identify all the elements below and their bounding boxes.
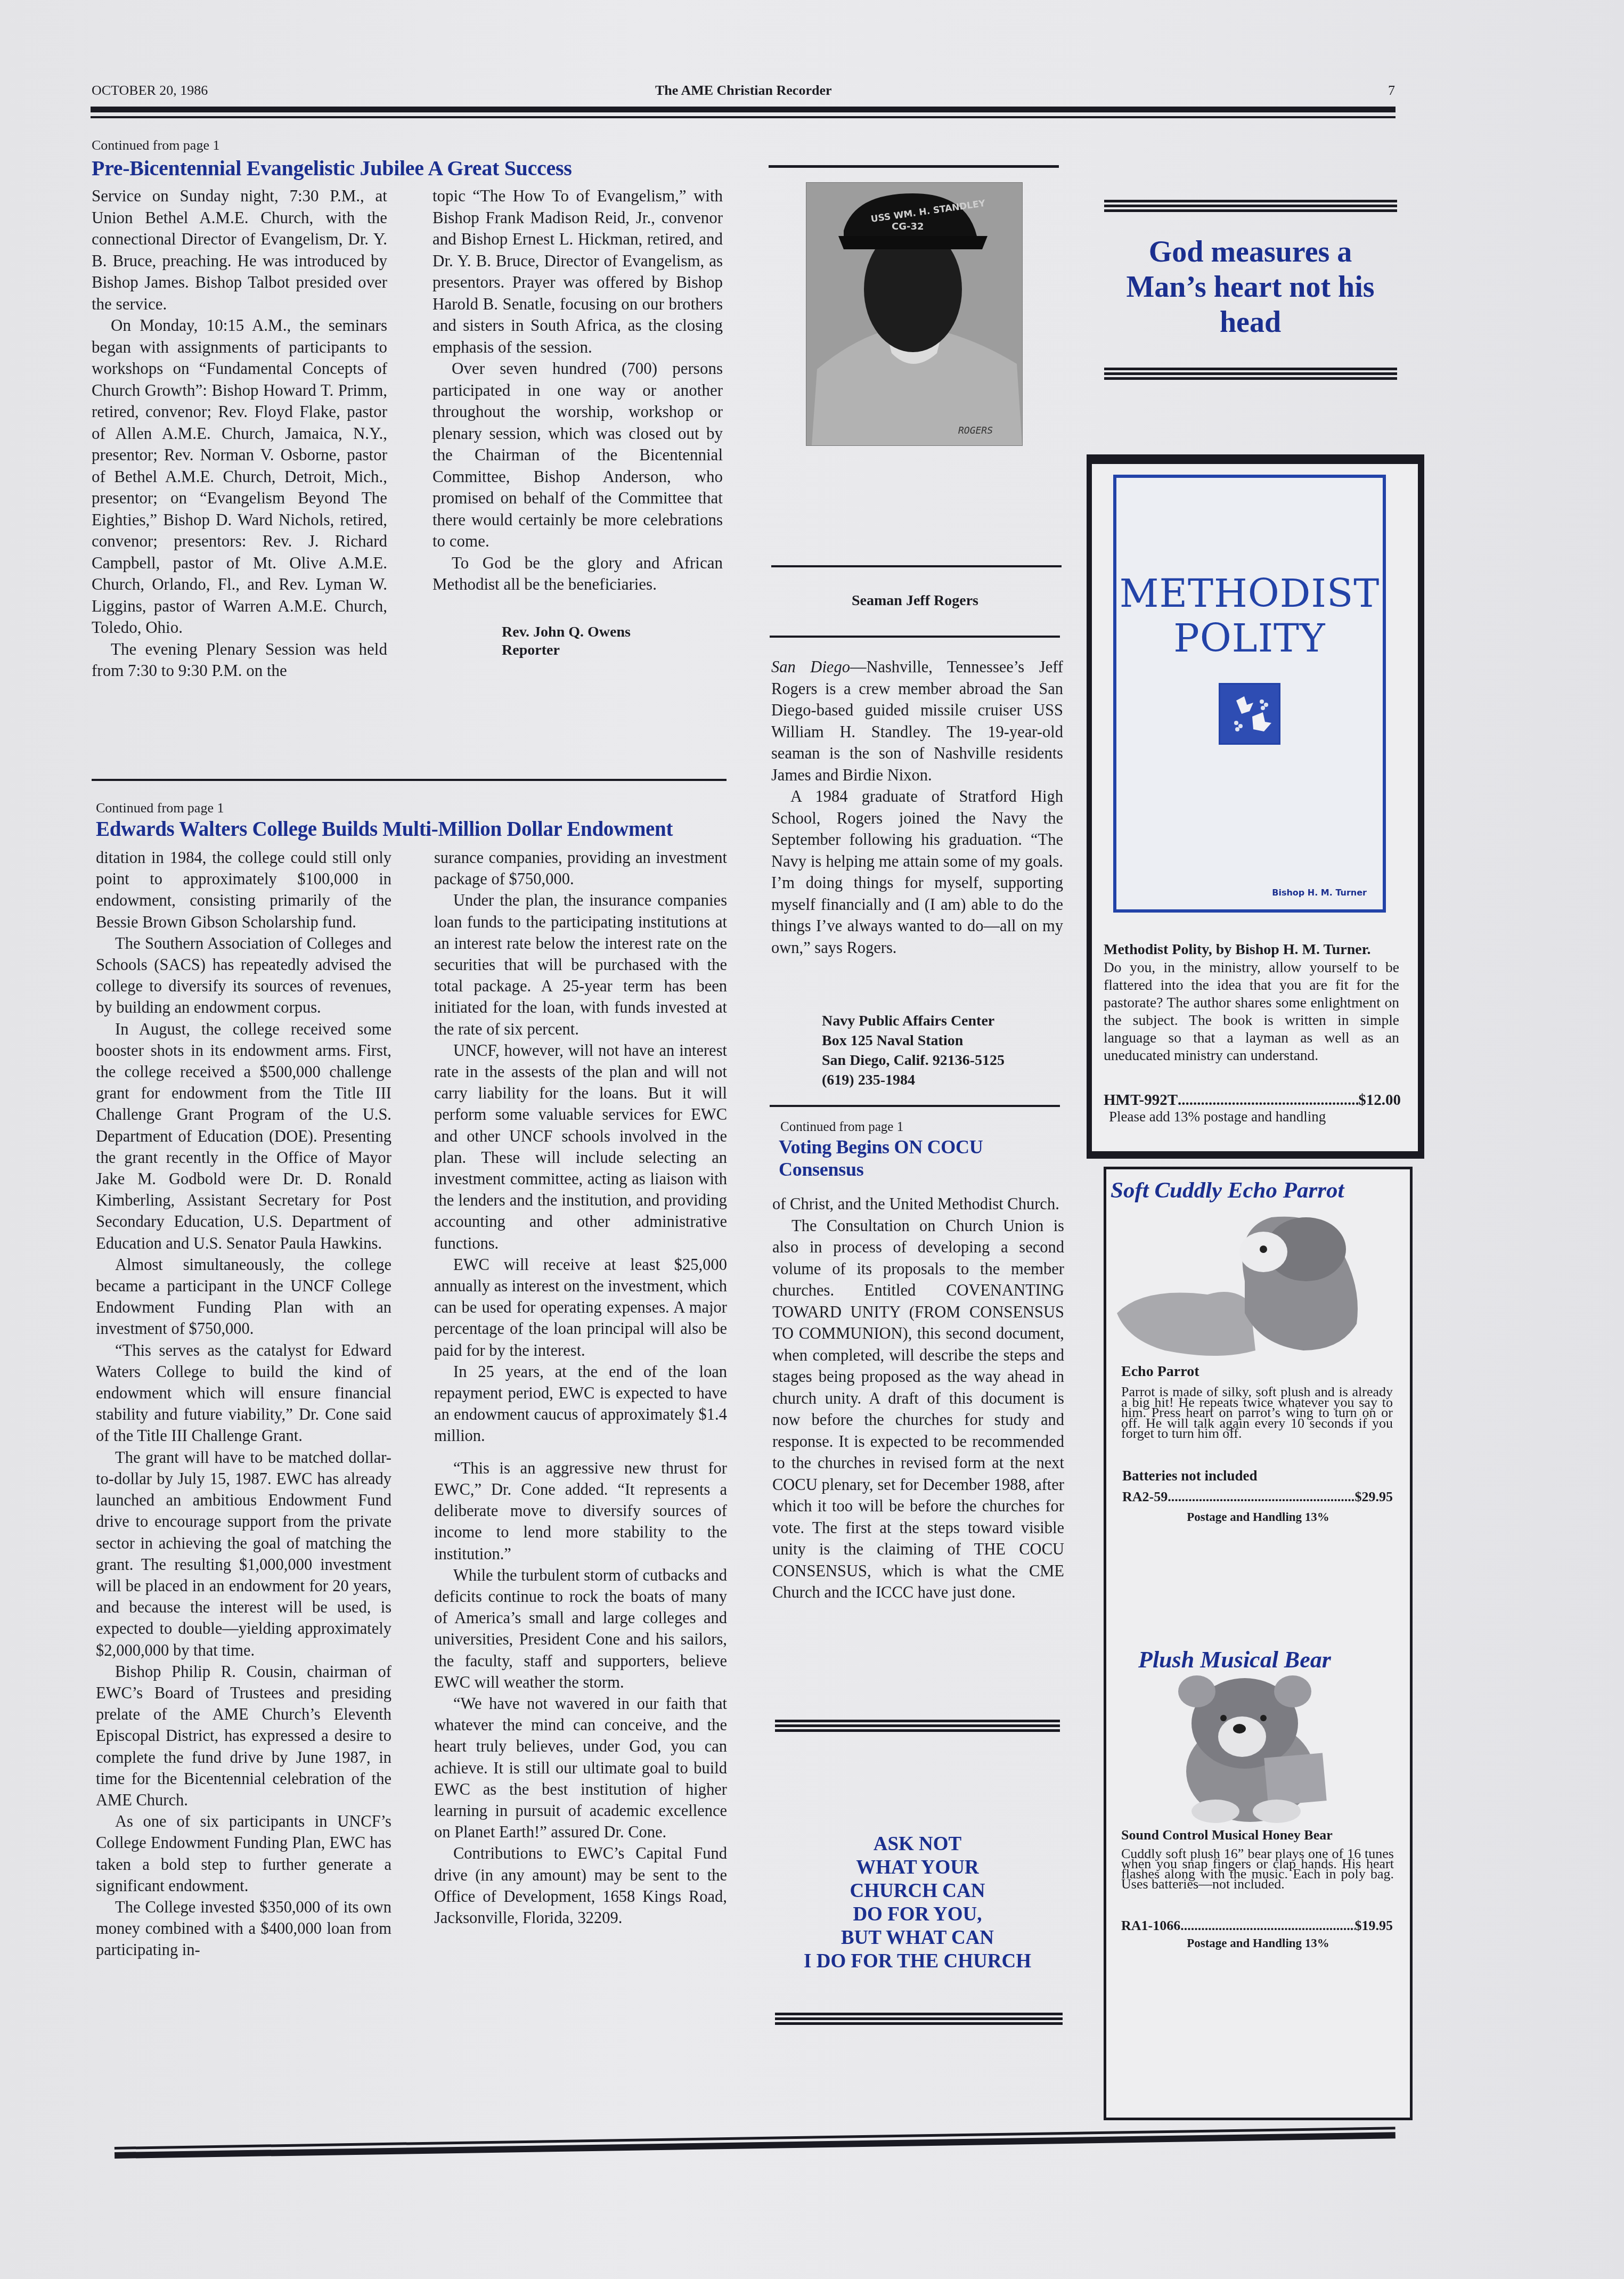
grape-vine-emblem-icon <box>1219 683 1280 745</box>
ewc-headline: Edwards Walters College Builds Multi-Mil… <box>96 817 673 841</box>
cocu-article-body: of Christ, and the United Methodist Chur… <box>772 1193 1064 1604</box>
ask-not-quote: ASK NOT WHAT YOUR CHURCH CAN DO FOR YOU,… <box>772 1833 1063 1973</box>
paragraph: of Christ, and the United Methodist Chur… <box>772 1193 1064 1215</box>
quote-line: I DO FOR THE CHURCH <box>772 1950 1063 1973</box>
product-sku: RA1-1066 <box>1121 1918 1180 1934</box>
paragraph: “This serves as the catalyst for Edward … <box>96 1340 391 1447</box>
paragraph: To God be the glory and African Methodis… <box>432 552 723 596</box>
paragraph: In August, the college received some boo… <box>96 1019 391 1254</box>
product-price: $12.00 <box>1358 1092 1401 1109</box>
book-cover-author: Bishop H. M. Turner <box>1272 888 1367 898</box>
parrot-description-text: Parrot is made of silky, soft plush and … <box>1121 1387 1393 1439</box>
bear-shipping: Postage and Handling 13% <box>1106 1936 1410 1950</box>
paragraph: Bishop Philip R. Cousin, chairman of EWC… <box>96 1661 391 1811</box>
book-title: Methodist Polity, by Bishop H. M. Turner… <box>1104 941 1399 958</box>
parrot-details: Echo Parrot <box>1121 1362 1393 1371</box>
continued-label: Continued from page 1 <box>96 800 224 816</box>
paragraph: The evening Plenary Session was held fro… <box>92 639 387 682</box>
page-number: 7 <box>1388 83 1395 99</box>
product-price: $19.95 <box>1355 1918 1393 1934</box>
parrot-photo <box>1112 1207 1405 1361</box>
parrot-description: Parrot is made of silky, soft plush and … <box>1121 1387 1393 1439</box>
source-line: Box 125 Naval Station <box>822 1031 1005 1051</box>
photo-caption: Seaman Jeff Rogers <box>769 592 1062 609</box>
quote-line: WHAT YOUR <box>772 1856 1063 1879</box>
quote-line: ASK NOT <box>772 1833 1063 1856</box>
methodist-polity-ad: METHODIST POLITY Bishop H. M. Turner Met… <box>1087 454 1424 1159</box>
product-sku: RA2-59 <box>1122 1489 1168 1505</box>
paragraph: Service on Sunday night, 7:30 P.M., at U… <box>92 185 387 315</box>
bear-heading: Plush Musical Bear <box>1138 1646 1331 1673</box>
parrot-name: Echo Parrot <box>1121 1362 1393 1381</box>
parrot-batteries-note: Batteries not included <box>1122 1468 1258 1484</box>
quote-line: Man’s heart not his <box>1103 270 1398 305</box>
filler-top-rule <box>775 1720 1060 1732</box>
ewc-column-2: surance companies, providing an investme… <box>434 847 727 1928</box>
issue-date: OCTOBER 20, 1986 <box>92 83 208 99</box>
grape-leaf-icon <box>1220 685 1279 743</box>
bear-order-line: RA1-1066 $19.95 <box>1121 1918 1393 1934</box>
publication-name: The AME Christian Recorder <box>655 83 831 99</box>
paragraph: The Consultation on Church Union is also… <box>772 1215 1064 1604</box>
jubilee-headline: Pre-Bicentennial Evangelistic Jubilee A … <box>92 156 572 181</box>
bear-photo <box>1138 1675 1362 1825</box>
source-line: (619) 235-1984 <box>822 1070 1005 1090</box>
product-price: $29.95 <box>1355 1489 1393 1505</box>
shirt-nametag: ROGERS <box>958 425 993 436</box>
filler-bottom-rule <box>1104 368 1397 380</box>
ewc-column-1: ditation in 1984, the college could stil… <box>96 847 391 1961</box>
paragraph: The Southern Association of Colleges and… <box>96 933 391 1019</box>
source-line: Navy Public Affairs Center <box>822 1011 1005 1031</box>
byline: Rev. John Q. Owens Reporter <box>502 623 723 660</box>
cap-hull-number: CG-32 <box>892 221 924 232</box>
seaman-article-body: San Diego—Nashville, Tennessee’s Jeff Ro… <box>771 656 1063 958</box>
quote-line: DO FOR YOU, <box>772 1903 1063 1926</box>
parrot-order-line: RA2-59 $29.95 <box>1122 1489 1393 1505</box>
god-measures-quote: God measures a Man’s heart not his head <box>1103 234 1398 340</box>
paragraph: Contributions to EWC’s Capital Fund driv… <box>434 1843 727 1928</box>
section-divider <box>770 1105 1060 1107</box>
section-divider <box>769 165 1059 168</box>
continued-label: Continued from page 1 <box>92 137 219 153</box>
quote-line: CHURCH CAN <box>772 1879 1063 1903</box>
book-blurb: Do you, in the ministry, allow yourself … <box>1104 958 1399 1064</box>
leader-dots <box>1180 1918 1354 1934</box>
filler-top-rule <box>1104 200 1397 213</box>
seaman-portrait-photo: USS WM. H. STANDLEY CG-32 ROGERS <box>806 182 1023 446</box>
parrot-shipping: Postage and Handling 13% <box>1106 1510 1410 1524</box>
product-sku: HMT-992T <box>1104 1092 1178 1109</box>
bear-description-text: Cuddly soft plush 16” bear plays one of … <box>1121 1849 1394 1889</box>
quote-line: head <box>1103 305 1398 340</box>
paragraph: On Monday, 10:15 A.M., the seminars bega… <box>92 315 387 639</box>
order-line: HMT-992T $12.00 <box>1104 1092 1401 1109</box>
leader-dots <box>1168 1489 1354 1505</box>
quote-line: God measures a <box>1103 234 1398 270</box>
cocu-headline: Voting Begins ON COCU Consensus <box>779 1136 1056 1181</box>
book-description: Methodist Polity, by Bishop H. M. Turner… <box>1104 941 1399 1064</box>
paragraph: EWC will receive at least $25,000 annual… <box>434 1254 727 1361</box>
section-divider <box>771 565 1062 567</box>
parrot-illustration <box>1112 1207 1405 1361</box>
paragraph: A 1984 graduate of Stratford High School… <box>771 786 1063 958</box>
paragraph: Under the plan, the insurance companies … <box>434 890 727 1039</box>
cover-title-line: METHODIST <box>1116 571 1383 616</box>
book-cover-image: METHODIST POLITY Bishop H. M. Turner <box>1113 475 1386 913</box>
paragraph: surance companies, providing an investme… <box>434 847 727 890</box>
quote-line: BUT WHAT CAN <box>772 1926 1063 1950</box>
source-block: Navy Public Affairs Center Box 125 Naval… <box>822 1011 1005 1090</box>
paragraph: In 25 years, at the end of the loan repa… <box>434 1361 727 1447</box>
continued-label: Continued from page 1 <box>780 1120 903 1135</box>
paragraph: The grant will have to be matched dollar… <box>96 1447 391 1661</box>
byline-role: Reporter <box>502 641 723 660</box>
paragraph: Over seven hundred (700) persons partici… <box>432 358 723 552</box>
masthead-rule <box>91 107 1396 118</box>
jubilee-column-1: Service on Sunday night, 7:30 P.M., at U… <box>92 185 387 682</box>
dateline: San Diego <box>771 658 850 676</box>
paragraph: While the turbulent storm of cutbacks an… <box>434 1565 727 1693</box>
footer-rule <box>115 2127 1396 2159</box>
paragraph: ditation in 1984, the college could stil… <box>96 847 391 933</box>
paragraph: San Diego—Nashville, Tennessee’s Jeff Ro… <box>771 656 1063 786</box>
cover-title-line: POLITY <box>1116 616 1383 661</box>
paragraph-text: —Nashville, Tennessee’s Jeff Rogers is a… <box>771 658 1063 784</box>
paragraph: UNCF, however, will not have an interest… <box>434 1040 727 1254</box>
book-cover-title: METHODIST POLITY <box>1116 571 1383 661</box>
paragraph: As one of six participants in UNCF’s Col… <box>96 1811 391 1897</box>
postage-note: Please add 13% postage and handling <box>1109 1109 1326 1125</box>
bear-description: Cuddly soft plush 16” bear plays one of … <box>1121 1849 1394 1889</box>
parrot-heading: Soft Cuddly Echo Parrot <box>1111 1177 1344 1203</box>
bear-illustration <box>1138 1675 1362 1825</box>
bear-name: Sound Control Musical Honey Bear <box>1121 1827 1333 1843</box>
section-divider <box>770 636 1060 638</box>
filler-bottom-rule <box>775 2013 1063 2025</box>
paragraph: The College invested $350,000 of its own… <box>96 1897 391 1961</box>
section-divider <box>92 779 727 781</box>
source-line: San Diego, Calif. 92136-5125 <box>822 1051 1005 1070</box>
newspaper-page: OCTOBER 20, 1986 The AME Christian Recor… <box>0 0 1624 2279</box>
paragraph: Almost simultaneously, the college becam… <box>96 1254 391 1340</box>
byline-name: Rev. John Q. Owens <box>502 623 723 641</box>
paragraph: “We have not wavered in our faith that w… <box>434 1693 727 1843</box>
toy-catalog-ad: Soft Cuddly Echo Parrot Echo Parrot Parr… <box>1104 1167 1413 2120</box>
leader-dots <box>1178 1092 1358 1109</box>
jubilee-column-2: topic “The How To of Evangelism,” with B… <box>432 185 723 660</box>
paragraph: topic “The How To of Evangelism,” with B… <box>432 185 723 358</box>
paragraph: “This is an aggressive new thrust for EW… <box>434 1458 727 1565</box>
